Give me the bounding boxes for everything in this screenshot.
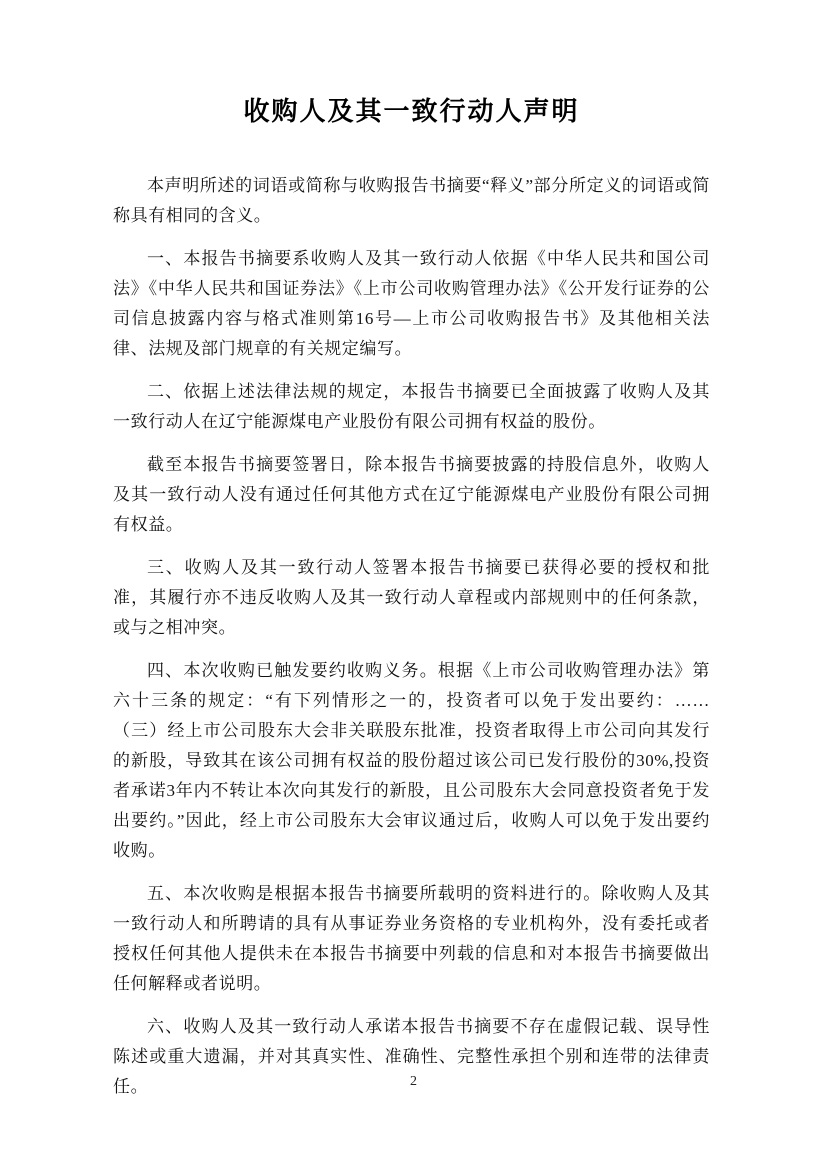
- page-footer: 2: [0, 1072, 827, 1090]
- document-body: 本声明所述的词语或简称与收购报告书摘要“释义”部分所定义的词语或简称具有相同的含…: [113, 171, 710, 1102]
- paragraph: 本声明所述的词语或简称与收购报告书摘要“释义”部分所定义的词语或简称具有相同的含…: [113, 171, 710, 231]
- paragraph: 三、收购人及其一致行动人签署本报告书摘要已获得必要的授权和批准，其履行亦不违反收…: [113, 553, 710, 643]
- paragraph: 一、本报告书摘要系收购人及其一致行动人依据《中华人民共和国公司法》《中华人民共和…: [113, 244, 710, 364]
- document-page: 收购人及其一致行动人声明 本声明所述的词语或简称与收购报告书摘要“释义”部分所定…: [0, 0, 827, 1169]
- paragraph: 截至本报告书摘要签署日，除本报告书摘要披露的持股信息外，收购人及其一致行动人没有…: [113, 450, 710, 540]
- paragraph: 五、本次收购是根据本报告书摘要所载明的资料进行的。除收购人及其一致行动人和所聘请…: [113, 879, 710, 999]
- page-number: 2: [410, 1074, 417, 1089]
- page-title: 收购人及其一致行动人声明: [113, 96, 710, 126]
- paragraph: 四、本次收购已触发要约收购义务。根据《上市公司收购管理办法》第六十三条的规定：“…: [113, 656, 710, 866]
- paragraph: 二、依据上述法律法规的规定，本报告书摘要已全面披露了收购人及其一致行动人在辽宁能…: [113, 377, 710, 437]
